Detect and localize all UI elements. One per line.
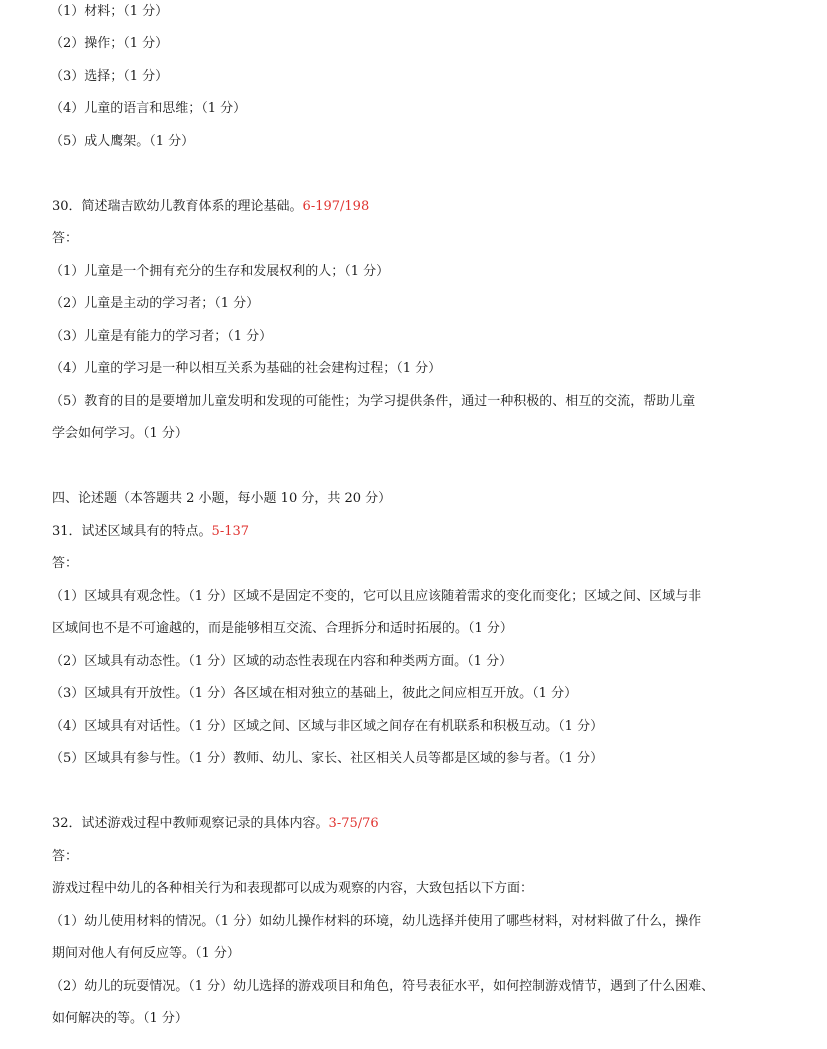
section-title: 四、论述题（本答题共 2 小题，每小题 10 分，共 20 分） [52, 489, 391, 509]
answer-item: （2）区域具有动态性。（1 分）区域的动态性表现在内容和种类两方面。（1 分） [50, 652, 512, 672]
answer-item: （5）教育的目的是要增加儿童发明和发现的可能性；为学习提供条件，通过一种积极的、… [50, 392, 695, 412]
question-text: 31．试述区域具有的特点。 [52, 524, 212, 539]
prev-item: （2）操作；（1 分） [50, 34, 168, 54]
question-32: 32．试述游戏过程中教师观察记录的具体内容。3-75/76 [52, 814, 379, 834]
answer-label: 答： [52, 229, 78, 249]
answer-item: （1）儿童是一个拥有充分的生存和发展权利的人；（1 分） [50, 262, 389, 282]
answer-item: （1）幼儿使用材料的情况。（1 分）如幼儿操作材料的环境，幼儿选择并使用了哪些材… [50, 912, 701, 932]
answer-item-cont: 学会如何学习。（1 分） [52, 424, 188, 444]
page-reference: 3-75/76 [329, 816, 379, 831]
prev-item: （3）选择；（1 分） [50, 67, 168, 87]
question-30: 30．简述瑞吉欧幼儿教育体系的理论基础。6-197/198 [52, 197, 369, 217]
question-31: 31．试述区域具有的特点。5-137 [52, 522, 249, 542]
answer-item: （2）儿童是主动的学习者；（1 分） [50, 294, 259, 314]
question-text: 30．简述瑞吉欧幼儿教育体系的理论基础。 [52, 199, 303, 214]
question-text: 32．试述游戏过程中教师观察记录的具体内容。 [52, 816, 329, 831]
answer-item: （1）区域具有观念性。（1 分）区域不是固定不变的，它可以且应该随着需求的变化而… [50, 587, 701, 607]
prev-item: （4）儿童的语言和思维；（1 分） [50, 99, 246, 119]
page-reference: 6-197/198 [303, 199, 370, 214]
answer-item: （3）区域具有开放性。（1 分）各区域在相对独立的基础上，彼此之间应相互开放。（… [50, 684, 577, 704]
answer-item-cont: 区域间也不是不可逾越的，而是能够相互交流、合理拆分和适时拓展的。（1 分） [52, 619, 513, 639]
answer-item-cont: 如何解决的等。（1 分） [52, 1009, 188, 1029]
prev-item: （5）成人鹰架。（1 分） [50, 132, 194, 152]
answer-label: 答： [52, 554, 78, 574]
answer-item: （2）幼儿的玩耍情况。（1 分）幼儿选择的游戏项目和角色，符号表征水平，如何控制… [50, 977, 714, 997]
answer-intro: 游戏过程中幼儿的各种相关行为和表现都可以成为观察的内容，大致包括以下方面： [52, 879, 533, 899]
answer-label: 答： [52, 847, 78, 867]
answer-item-cont: 期间对他人有何反应等。（1 分） [52, 944, 240, 964]
answer-item: （4）儿童的学习是一种以相互关系为基础的社会建构过程；（1 分） [50, 359, 441, 379]
page-reference: 5-137 [212, 524, 249, 539]
answer-item: （5）区域具有参与性。（1 分）教师、幼儿、家长、社区相关人员等都是区域的参与者… [50, 749, 603, 769]
prev-item: （1）材料；（1 分） [50, 2, 168, 22]
answer-item: （4）区域具有对话性。（1 分）区域之间、区域与非区域之间存在有机联系和积极互动… [50, 717, 603, 737]
answer-item: （3）儿童是有能力的学习者；（1 分） [50, 327, 272, 347]
